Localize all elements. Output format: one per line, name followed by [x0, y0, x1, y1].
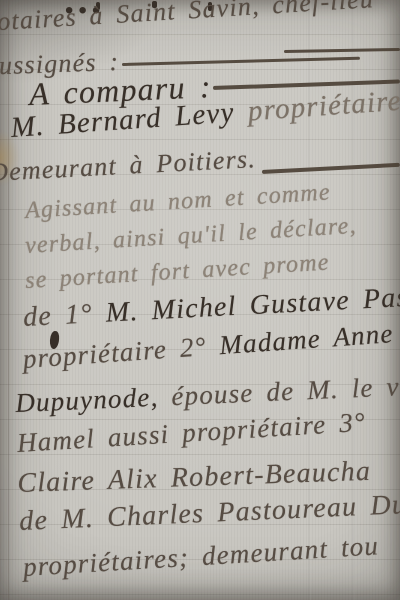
ink-filler-dash: [284, 48, 400, 53]
manuscript-line-proprietaires-demeurant: propriétaires; demeurant tou: [22, 530, 380, 583]
manuscript-line-demeurant-poitiers: Demeurant à Poitiers.: [0, 144, 257, 188]
line-text: Demeurant à Poitiers.: [0, 144, 257, 187]
line-text: Madame Anne: [218, 318, 394, 360]
manuscript-line-notaires: notaires à Saint Savin, chef-lieu: [0, 0, 375, 38]
line-text: propriétaire: [247, 85, 400, 128]
ink-filler-dash: [262, 163, 400, 174]
manuscript-page-photo: … notaires à Saint Savin, chef-lieu sous…: [0, 0, 400, 600]
line-text: Dupuynode,: [15, 381, 172, 418]
line-text: propriétaires; demeurant tou: [22, 530, 380, 582]
ink-filler-dash: [122, 57, 360, 66]
line-text: épouse de M. le vicom: [171, 369, 400, 411]
line-text: notaires à Saint Savin, chef-lieu: [0, 0, 375, 37]
line-text: de 1°: [22, 298, 106, 333]
left-margin-rule: [8, 0, 9, 600]
